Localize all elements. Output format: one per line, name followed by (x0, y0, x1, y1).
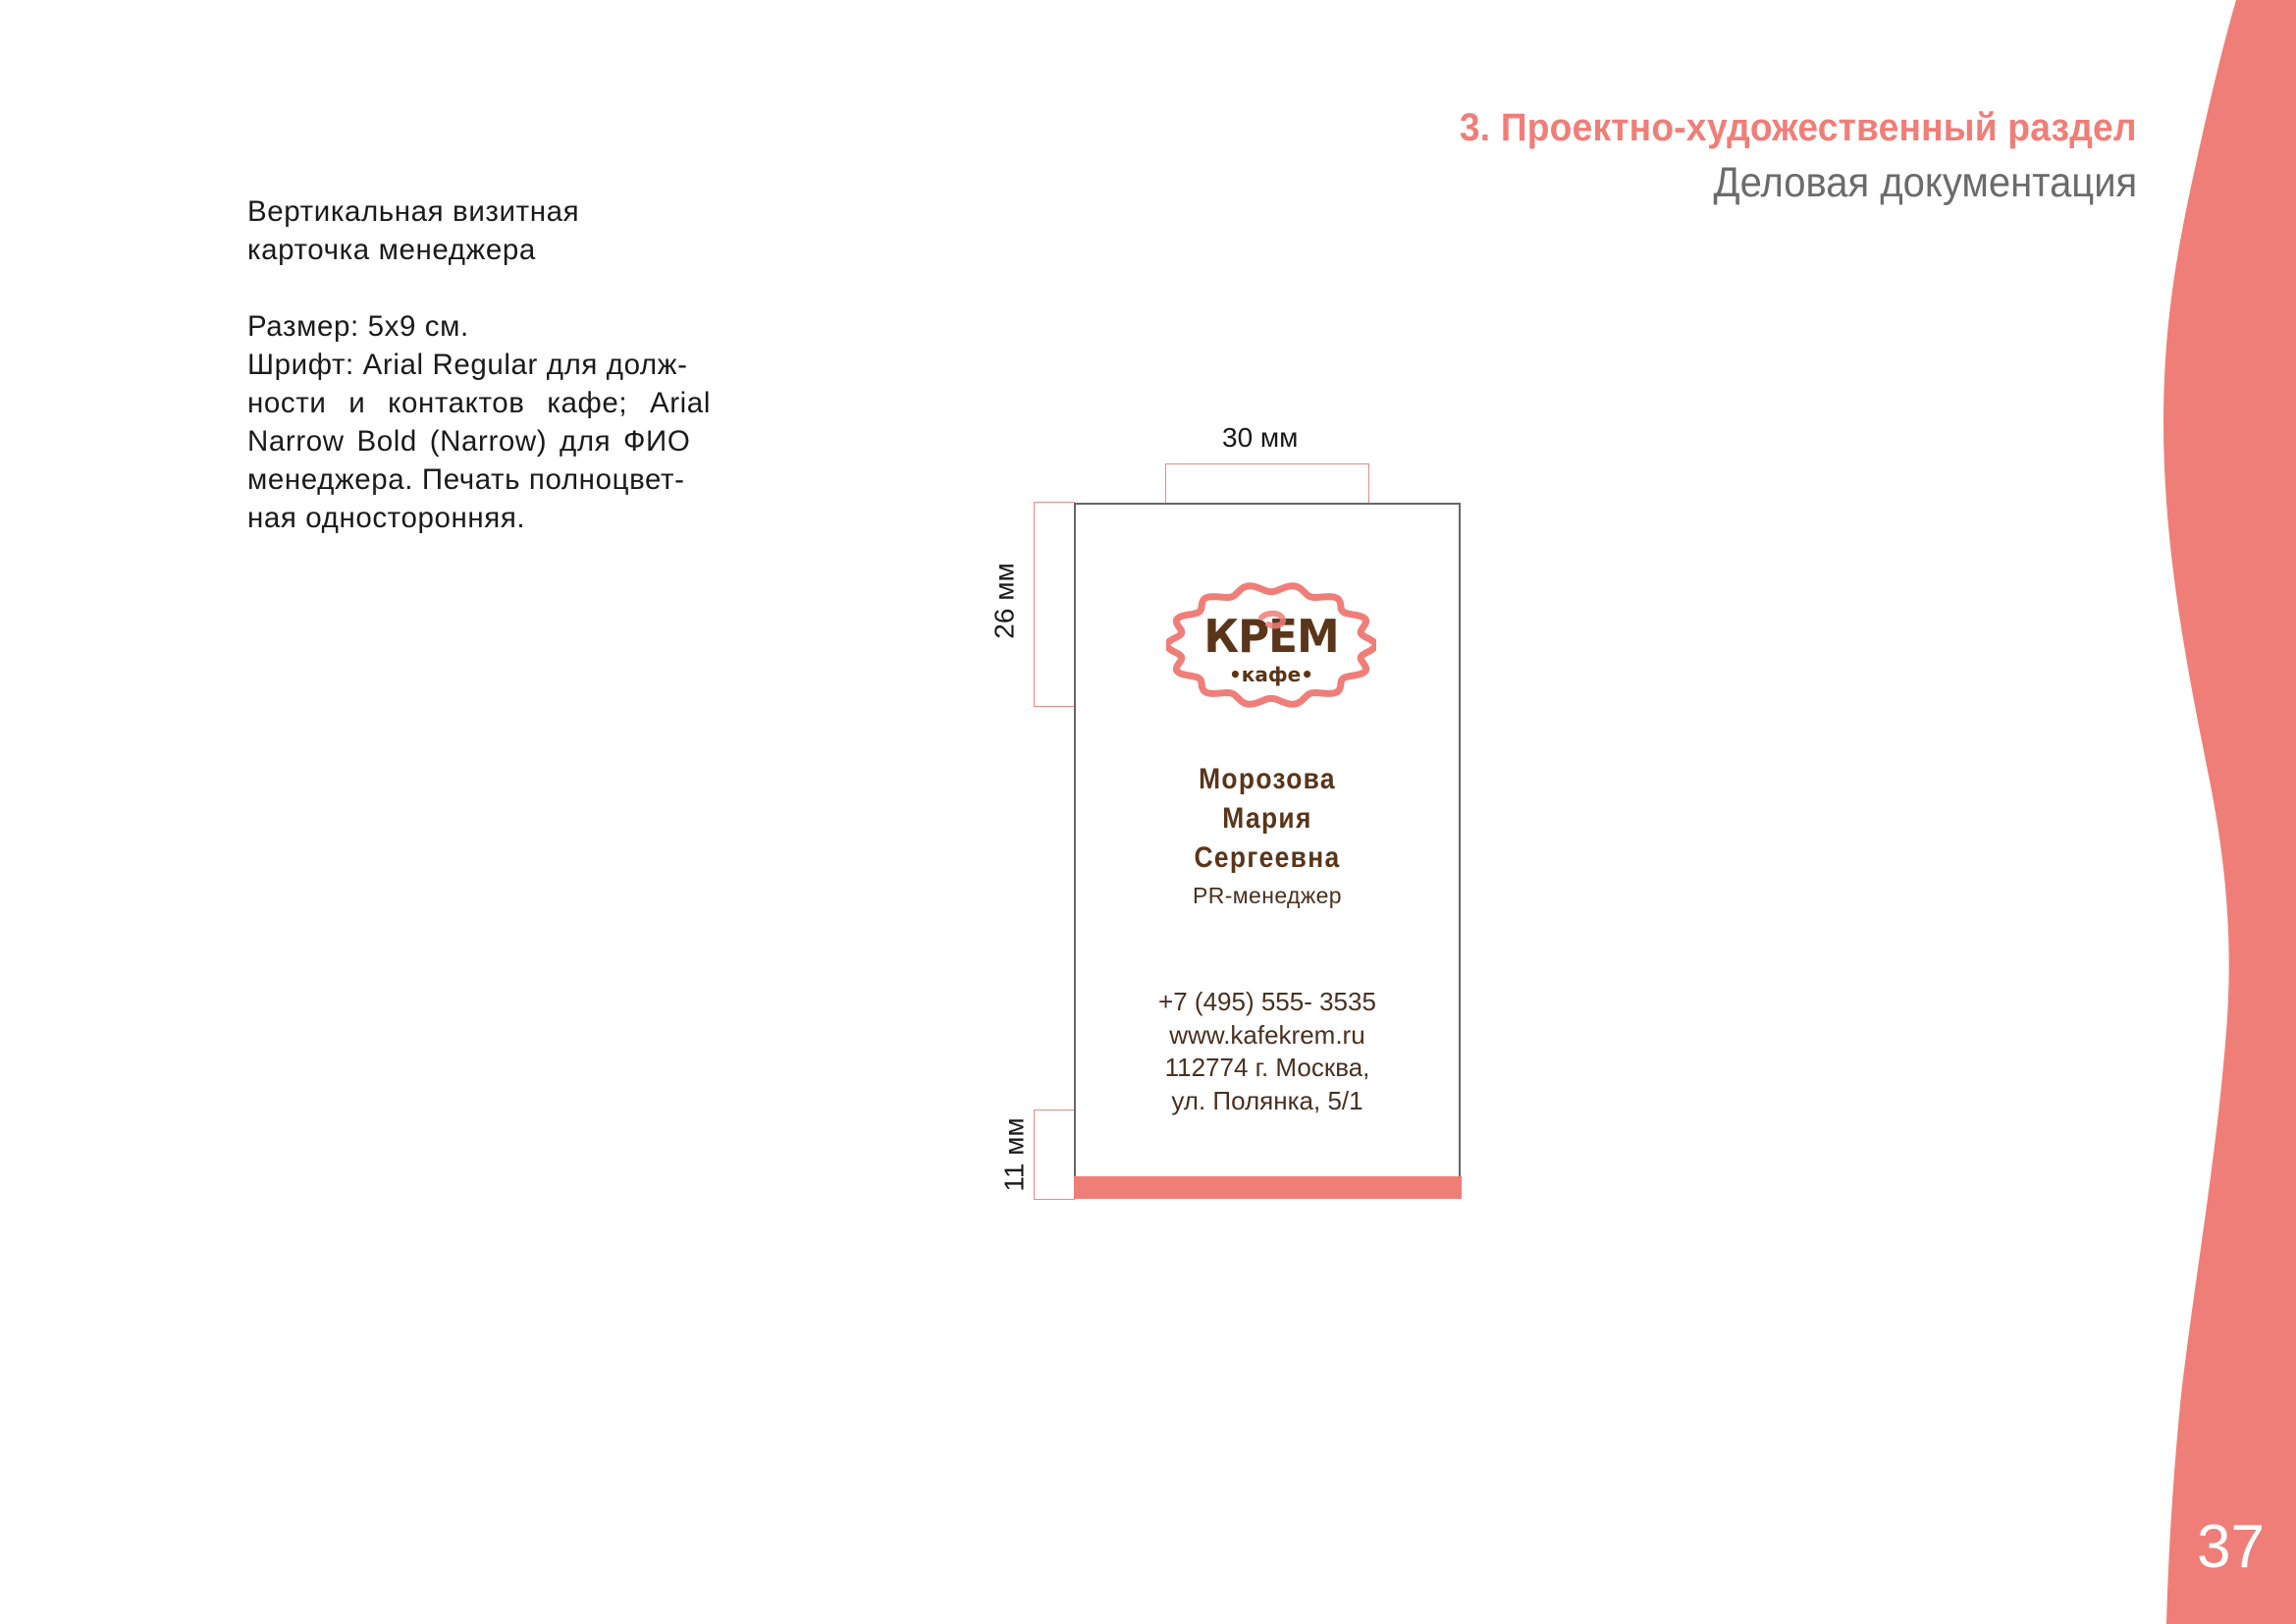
krem-cafe-logo-icon: КРЕМ •кафе• (1166, 581, 1376, 709)
logo-brand-text: КРЕМ (1203, 610, 1338, 663)
manager-first-name: Мария (1098, 799, 1435, 839)
dimension-line-logo-offset (1034, 502, 1075, 707)
cafe-contacts: +7 (495) 555- 3535 www.kafekrem.ru 11277… (1076, 986, 1459, 1117)
manager-surname: Морозова (1098, 760, 1435, 799)
subsection-title: Деловая документация (1713, 159, 2137, 207)
description-body-line: менеджера. Печать полноцвет- (247, 460, 734, 499)
business-card: КРЕМ •кафе• Морозова Мария Сергеевна PR-… (1074, 503, 1461, 1199)
dimension-label-logo-offset: 26 мм (989, 563, 1021, 638)
manager-position: PR-менеджер (1076, 883, 1459, 909)
logo-subtitle-text: •кафе• (1229, 663, 1313, 686)
dimension-label-bottom-margin: 11 мм (999, 1117, 1031, 1191)
description-body-line: Narrow Bold (Narrow) для ФИО (247, 422, 734, 460)
description-body-line: Шрифт: Arial Regular для долж- (247, 346, 734, 384)
description-block: Вертикальная визитная карточка менеджера… (247, 192, 734, 537)
manager-name: Морозова Мария Сергеевна (1098, 760, 1435, 878)
card-accent-bar (1074, 1176, 1462, 1199)
description-body-line: ная односторонняя. (247, 499, 734, 537)
contact-phone: +7 (495) 555- 3535 (1076, 986, 1459, 1019)
description-size: Размер: 5х9 см. (247, 307, 734, 346)
manager-patronymic: Сергеевна (1098, 839, 1435, 878)
contact-address-line2: ул. Полянка, 5/1 (1076, 1085, 1459, 1118)
dimension-label-logo-width: 30 мм (1222, 422, 1298, 454)
contact-website: www.kafekrem.ru (1076, 1019, 1459, 1053)
page-number: 37 (2197, 1512, 2265, 1582)
dimension-line-logo-width (1165, 463, 1369, 504)
contact-address-line1: 112774 г. Москва, (1076, 1052, 1459, 1085)
section-title: 3. Проектно-художественный раздел (1460, 106, 2137, 150)
dimension-line-bottom-margin (1034, 1110, 1075, 1200)
description-body-line: ности и контактов кафе; Arial (247, 384, 734, 422)
description-title-line: Вертикальная визитная (247, 192, 734, 231)
description-title-line: карточка менеджера (247, 231, 734, 269)
